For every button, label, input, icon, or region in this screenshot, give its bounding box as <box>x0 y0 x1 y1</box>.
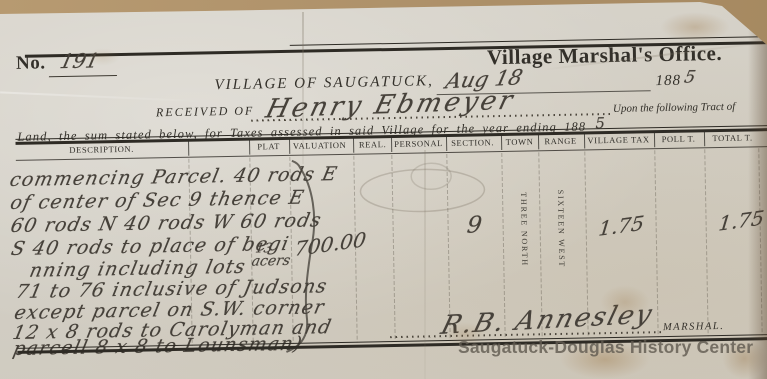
col-header-description: DESCRIPTION. <box>69 144 134 155</box>
town-vertical-label: THREE NORTH <box>519 192 529 267</box>
village-tax-value: 1.75 <box>597 211 645 241</box>
document-number-value: 191 <box>49 48 124 77</box>
receipt-paper: No. 191 Village Marshal's Office. VILLAG… <box>0 0 767 379</box>
year-printed: 188 <box>655 73 681 90</box>
land-year-handwritten: 5 <box>595 114 606 132</box>
history-center-watermark: Saugatuck-Douglas History Center <box>458 337 753 358</box>
acres-value-unit: acers <box>250 253 291 270</box>
photo-background: No. 191 Village Marshal's Office. VILLAG… <box>0 0 767 379</box>
col-header-valuation: VALUATION <box>293 140 347 151</box>
year-handwritten: 5 <box>682 67 697 87</box>
total-tax-value: 1.75 <box>717 206 765 236</box>
marshal-signature: R.B. Annesley <box>438 300 657 341</box>
col-header-section: SECTION. <box>451 137 494 148</box>
marshal-label: MARSHAL. <box>663 321 724 333</box>
col-header-real: REAL. <box>359 139 387 149</box>
col-header-personal: PERSONAL <box>394 138 443 149</box>
col-header-plat: PLAT <box>257 141 280 151</box>
col-header-village-tax: VILLAGE TAX <box>587 134 649 145</box>
col-header-town: TOWN <box>506 136 534 147</box>
tract-of-text: Upon the following Tract of <box>613 101 735 115</box>
document-number-label: No. <box>16 52 46 75</box>
col-header-total: TOTAL T. <box>712 132 752 143</box>
col-header-range: RANGE <box>544 136 576 147</box>
form-layer: No. 191 Village Marshal's Office. VILLAG… <box>0 0 767 379</box>
received-of-label: RECEIVED OF <box>156 104 255 121</box>
description-line: S 40 rods to place of begi <box>9 233 291 260</box>
section-value: 9 <box>466 212 484 238</box>
col-header-poll: POLL T. <box>662 133 696 144</box>
range-vertical-label: SIXTEEN WEST <box>556 190 566 269</box>
valuation-value: 700.00 <box>293 227 367 261</box>
